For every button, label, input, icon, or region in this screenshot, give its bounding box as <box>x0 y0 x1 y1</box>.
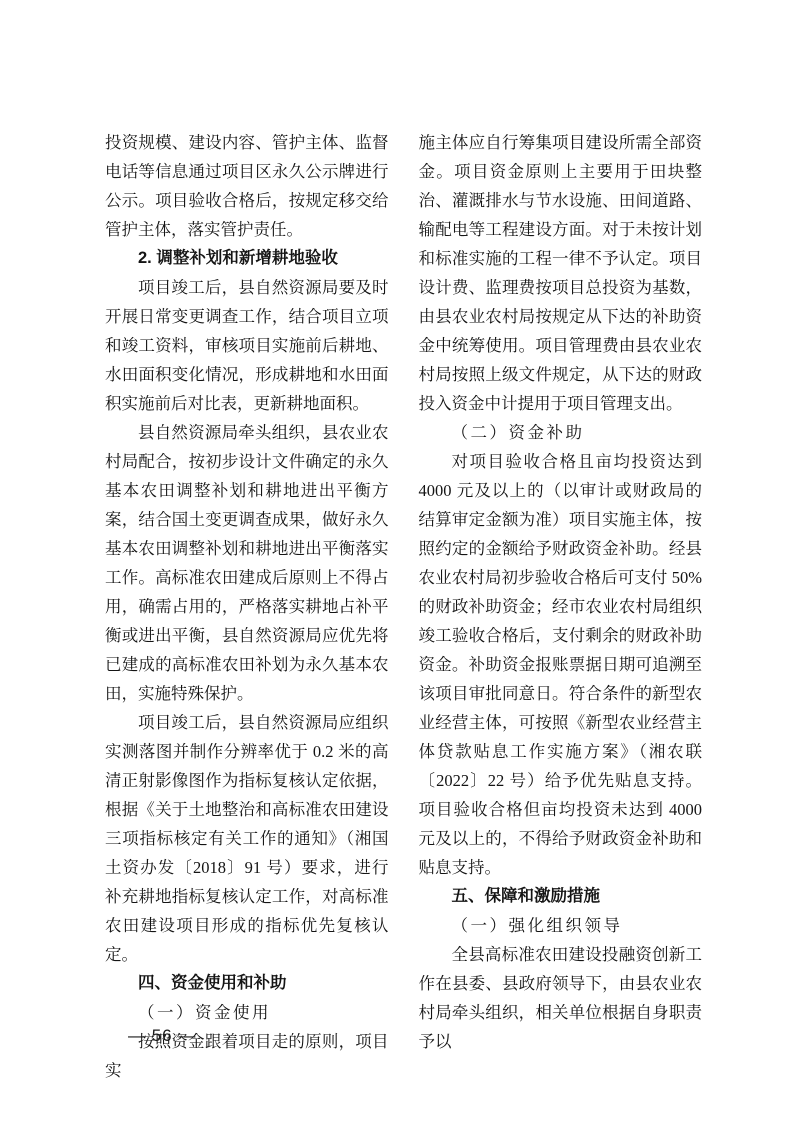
paragraph: 施主体应自行筹集项目建设所需全部资金。项目资金原则上主要用于田块整治、灌溉排水与… <box>419 128 703 418</box>
document-page: 投资规模、建设内容、管护主体、监督电话等信息通过项目区永久公示牌进行公示。项目验… <box>0 0 793 1122</box>
left-column: 投资规模、建设内容、管护主体、监督电话等信息通过项目区永久公示牌进行公示。项目验… <box>105 128 389 1085</box>
page-number: — 56 — <box>128 1026 196 1046</box>
numbered-heading: 2. 调整补划和新增耕地验收 <box>105 244 389 273</box>
sub-heading: （二）资金补助 <box>419 418 703 447</box>
text-columns: 投资规模、建设内容、管护主体、监督电话等信息通过项目区永久公示牌进行公示。项目验… <box>105 128 702 1085</box>
section-heading: 四、资金使用和补助 <box>105 969 389 998</box>
section-heading: 五、保障和激励措施 <box>419 882 703 911</box>
paragraph: 项目竣工后，县自然资源局应组织实测落图并制作分辨率优于 0.2 米的高清正射影像… <box>105 708 389 969</box>
paragraph: 县自然资源局牵头组织，县农业农村局配合，按初步设计文件确定的永久基本农田调整补划… <box>105 418 389 708</box>
paragraph: 全县高标准农田建设投融资创新工作在县委、县政府领导下，由县农业农村局牵头组织，相… <box>419 940 703 1056</box>
right-column: 施主体应自行筹集项目建设所需全部资金。项目资金原则上主要用于田块整治、灌溉排水与… <box>419 128 703 1085</box>
sub-heading: （一）资金使用 <box>105 998 389 1027</box>
paragraph: 投资规模、建设内容、管护主体、监督电话等信息通过项目区永久公示牌进行公示。项目验… <box>105 128 389 244</box>
sub-heading: （一）强化组织领导 <box>419 911 703 940</box>
paragraph: 项目竣工后，县自然资源局要及时开展日常变更调查工作，结合项目立项和竣工资料，审核… <box>105 273 389 418</box>
paragraph: 对项目验收合格且亩均投资达到 4000 元及以上的（以审计或财政局的结算审定金额… <box>419 447 703 882</box>
